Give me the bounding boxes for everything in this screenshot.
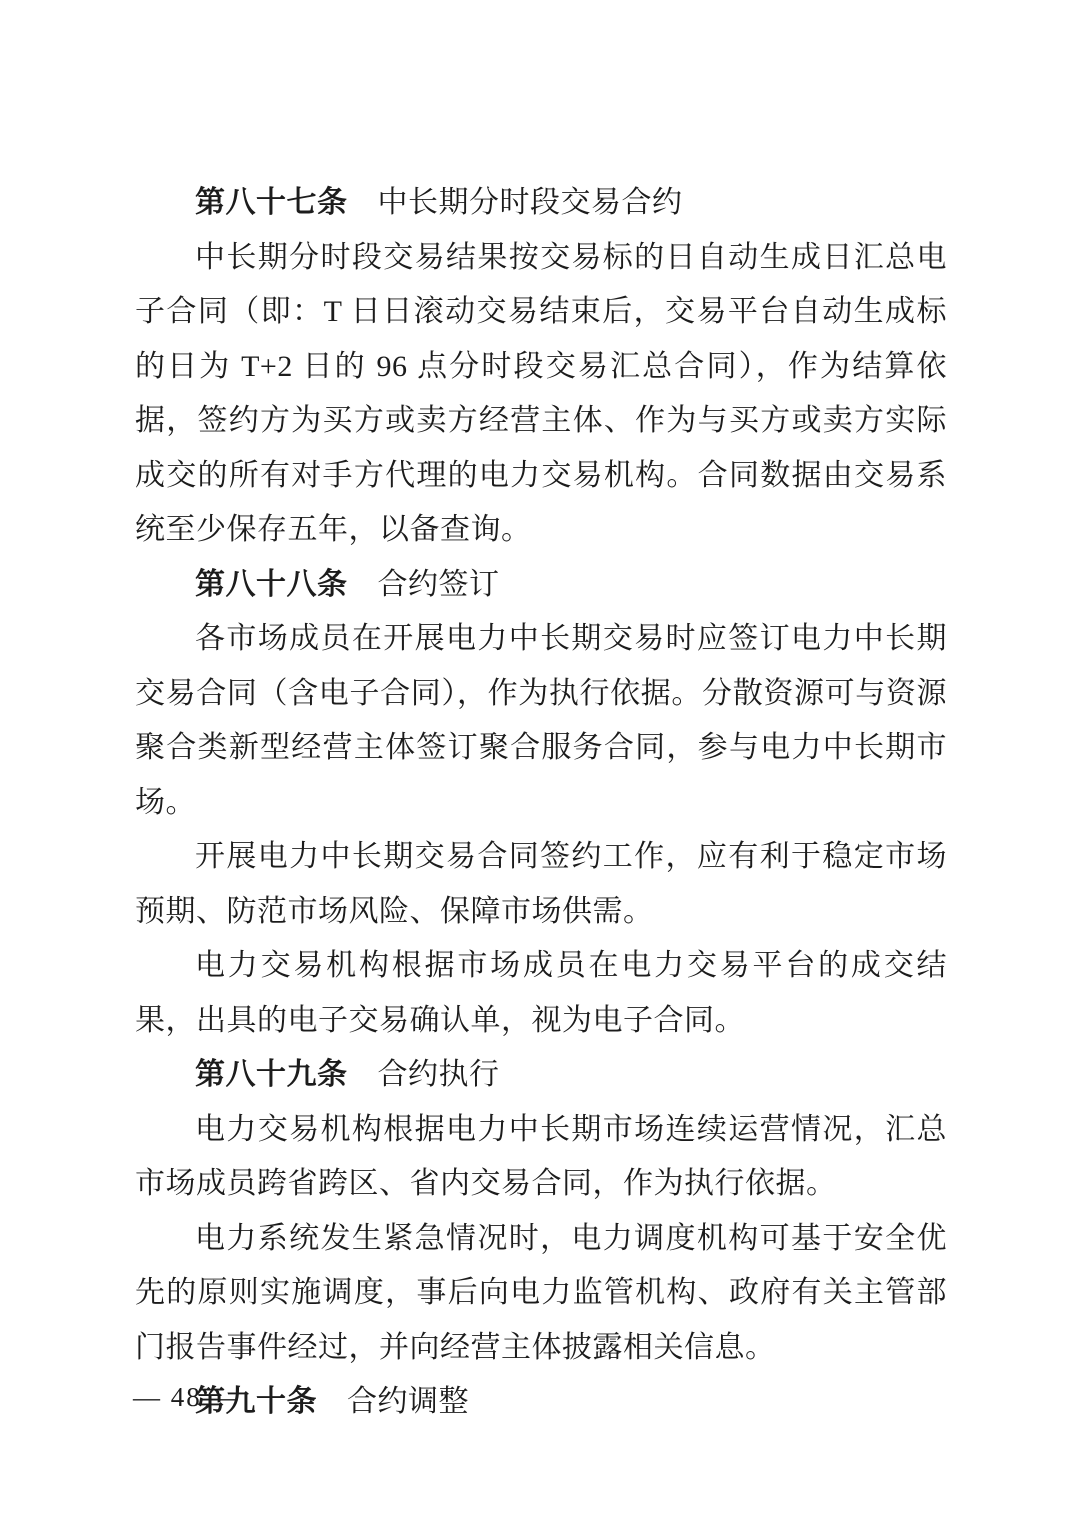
- paragraph-87-1: 中长期分时段交易结果按交易标的日自动生成日汇总电子合同（即：T 日日滚动交易结束…: [135, 231, 947, 558]
- page-number: — 48 —: [133, 1382, 240, 1413]
- article-number-label: 第八十七条: [195, 186, 348, 219]
- article-heading-87: 第八十七条中长期分时段交易合约: [135, 176, 947, 231]
- article-heading-90: 第九十条合约调整: [135, 1375, 947, 1430]
- document-content: 第八十七条中长期分时段交易合约 中长期分时段交易结果按交易标的日自动生成日汇总电…: [135, 176, 947, 1430]
- paragraph-88-2: 开展电力中长期交易合同签约工作，应有利于稳定市场预期、防范市场风险、保障市场供需…: [135, 830, 947, 939]
- article-heading-89: 第八十九条合约执行: [135, 1048, 947, 1103]
- article-title-text: 中长期分时段交易合约: [378, 186, 683, 219]
- article-title-text: 合约签订: [378, 568, 500, 601]
- document-page: 第八十七条中长期分时段交易合约 中长期分时段交易结果按交易标的日自动生成日汇总电…: [0, 0, 1080, 1527]
- article-number-label: 第八十九条: [195, 1058, 348, 1091]
- paragraph-89-1: 电力交易机构根据电力中长期市场连续运营情况，汇总市场成员跨省跨区、省内交易合同，…: [135, 1103, 947, 1212]
- article-heading-88: 第八十八条合约签订: [135, 558, 947, 613]
- article-title-text: 合约执行: [378, 1058, 500, 1091]
- paragraph-88-1: 各市场成员在开展电力中长期交易时应签订电力中长期交易合同（含电子合同），作为执行…: [135, 612, 947, 830]
- paragraph-89-2: 电力系统发生紧急情况时，电力调度机构可基于安全优先的原则实施调度，事后向电力监管…: [135, 1212, 947, 1376]
- article-title-text: 合约调整: [347, 1385, 469, 1418]
- article-number-label: 第八十八条: [195, 568, 348, 601]
- paragraph-88-3: 电力交易机构根据市场成员在电力交易平台的成交结果，出具的电子交易确认单，视为电子…: [135, 939, 947, 1048]
